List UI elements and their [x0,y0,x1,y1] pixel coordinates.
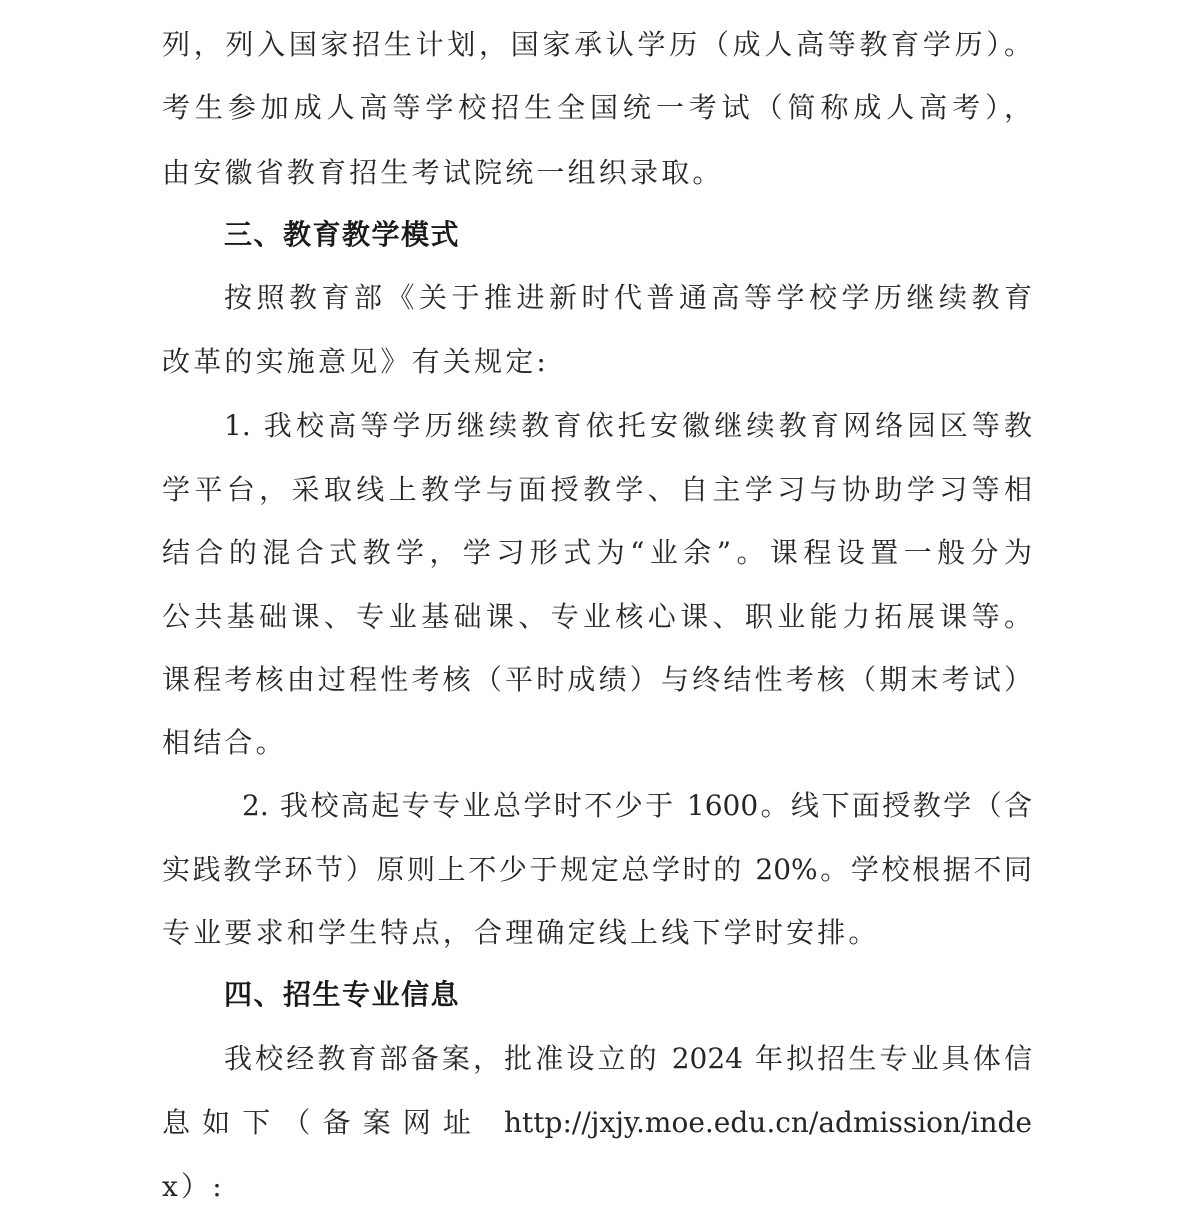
paragraph-line: 考生参加成人高等学校招生全国统一考试（简称成人高考）， [162,88,1032,128]
list-item-2-line: 实践教学环节）原则上不少于规定总学时的 20%。学校根据不同 [162,850,1032,890]
paragraph-line: 我校经教育部备案，批准设立的 2024 年拟招生专业具体信 [224,1039,1032,1079]
paragraph-line: 改革的实施意见》有关规定: [162,342,1032,382]
list-item-2-line: 专业要求和学生特点，合理确定线上线下学时安排。 [162,913,1032,953]
paragraph-line: x）: [162,1167,1032,1207]
list-item-1-line: 相结合。 [162,723,1032,763]
document-page: 列，列入国家招生计划，国家承认学历（成人高等教育学历）。 考生参加成人高等学校招… [0,0,1190,1224]
list-item-1-line: 课程考核由过程性考核（平时成绩）与终结性考核（期末考试） [162,660,1032,700]
paragraph-line: 列，列入国家招生计划，国家承认学历（成人高等教育学历）。 [162,25,1032,65]
list-item-1-line: 1. 我校高等学历继续教育依托安徽继续教育网络园区等教 [224,406,1032,446]
list-item-1-line: 学平台，采取线上教学与面授教学、自主学习与协助学习等相 [162,470,1032,510]
section-heading-4: 四、招生专业信息 [224,975,1032,1015]
list-item-1-line: 公共基础课、专业基础课、专业核心课、职业能力拓展课等。 [162,597,1032,637]
paragraph-line-with-url: 息如下（备案网址 http://jxjy.moe.edu.cn/admissio… [162,1103,1032,1143]
paragraph-line: 按照教育部《关于推进新时代普通高等学校学历继续教育 [224,278,1032,318]
list-item-2-line: 2. 我校高起专专业总学时不少于 1600。线下面授教学（含 [242,786,1032,826]
list-item-1-line: 结合的混合式教学，学习形式为“业余”。课程设置一般分为 [162,533,1032,573]
section-heading-3: 三、教育教学模式 [224,215,1032,255]
paragraph-line: 由安徽省教育招生考试院统一组织录取。 [162,153,1032,193]
